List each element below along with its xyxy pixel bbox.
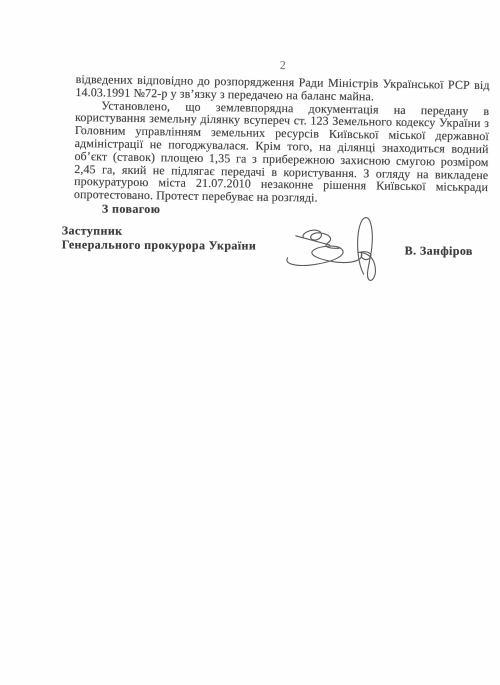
signature-block: З повагою Заступник Генерального прокуро… <box>0 0 500 685</box>
signer-name: В. Занфіров <box>405 243 473 258</box>
signature-scribble <box>281 214 389 285</box>
scanned-document-page: 2 відведених відповідно до розпорядження… <box>0 0 500 685</box>
salutation-text: З повагою <box>102 202 160 217</box>
signer-title: Заступник Генерального прокурора України <box>62 224 257 252</box>
signer-title-line-2: Генерального прокурора України <box>62 238 257 253</box>
